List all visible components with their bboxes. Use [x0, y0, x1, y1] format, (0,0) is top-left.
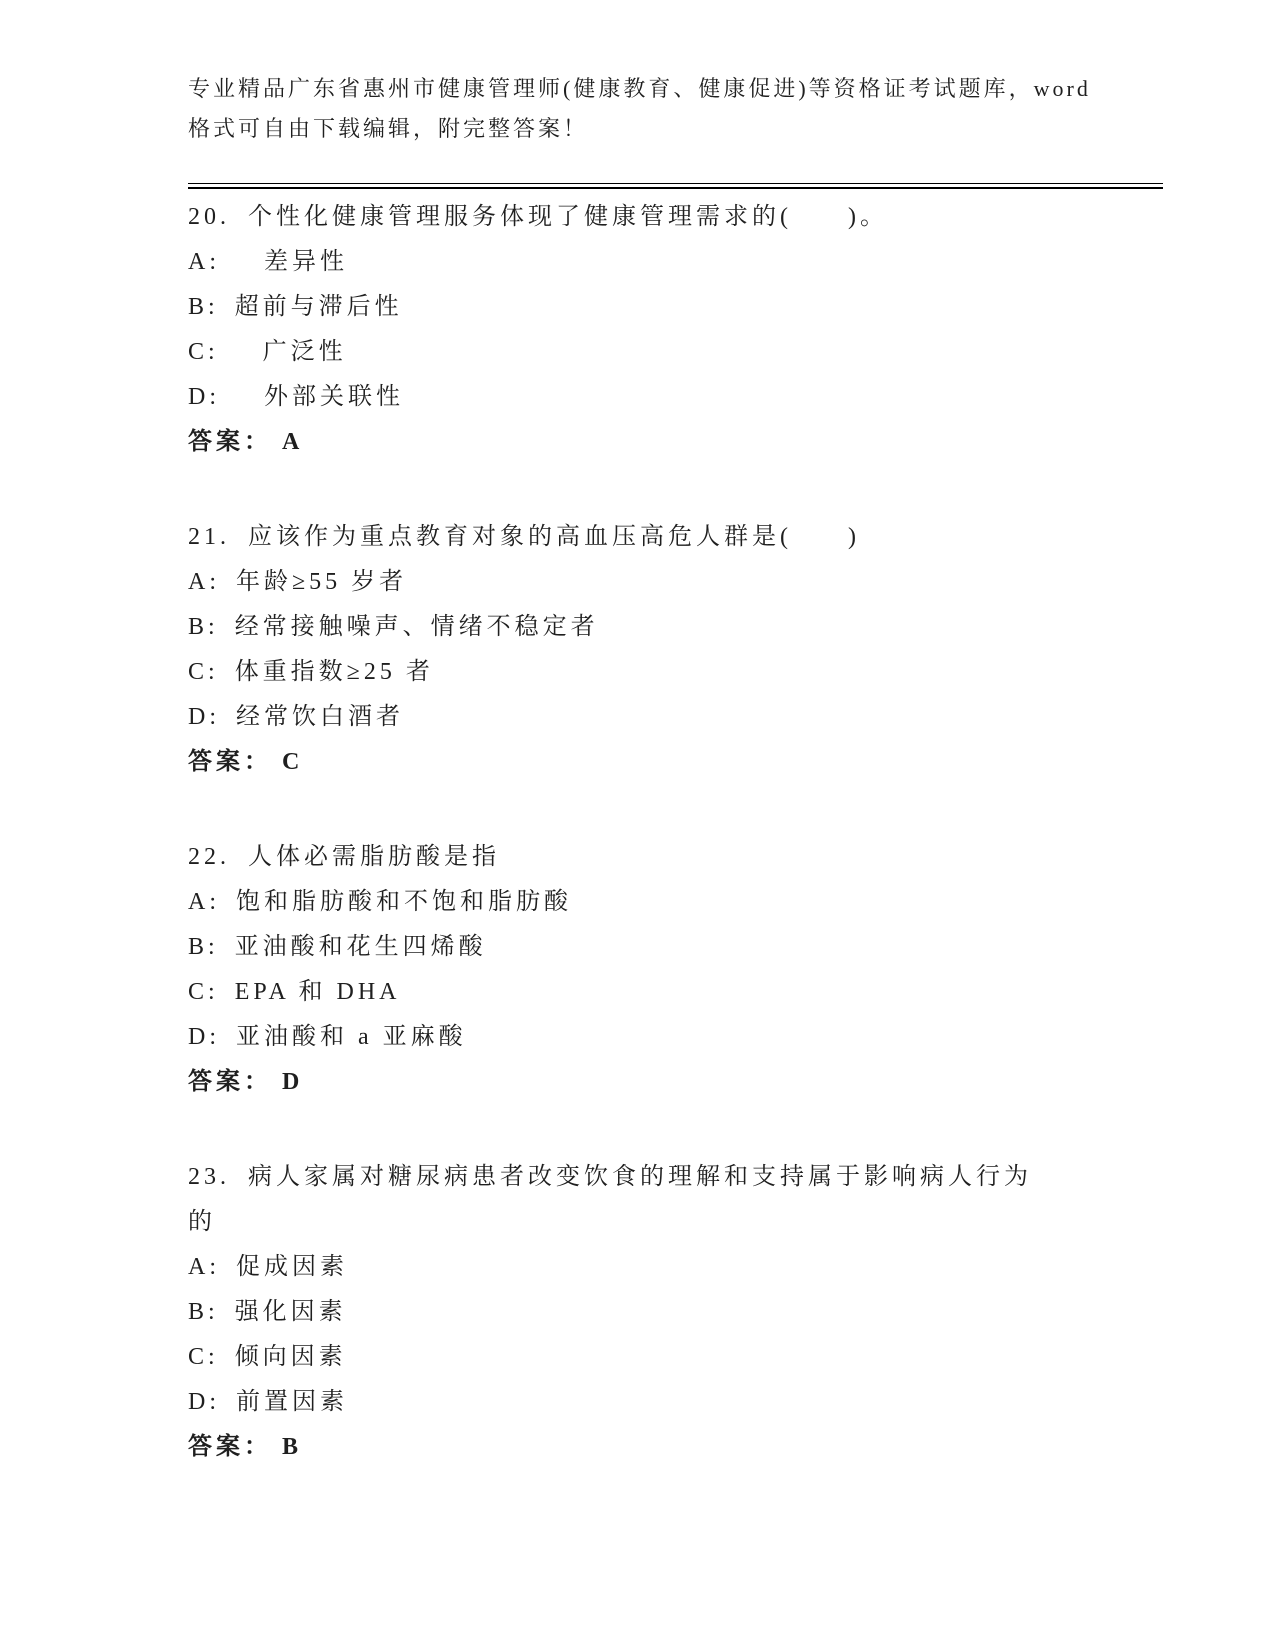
question-text: 个性化健康管理服务体现了健康管理需求的( )。	[248, 204, 888, 230]
option-text: 外部关联性	[236, 384, 404, 410]
option-row: B:亚油酸和花生四烯酸	[188, 925, 1163, 970]
document-header: 专业精品广东省惠州市健康管理师(健康教育、健康促进)等资格证考试题库，word …	[188, 69, 1163, 149]
question-number: 21.	[188, 524, 230, 550]
question-text-continued: 的	[188, 1200, 1163, 1245]
option-row: D:亚油酸和 a 亚麻酸	[188, 1015, 1163, 1060]
answer-value: B	[282, 1434, 302, 1460]
answer-value: C	[282, 749, 303, 775]
header-divider-rule	[188, 183, 1163, 189]
option-row: C:EPA 和 DHA	[188, 970, 1163, 1015]
option-label: A:	[188, 889, 220, 915]
option-text: 超前与滞后性	[235, 294, 403, 320]
option-label: B:	[188, 294, 219, 320]
question-block: 21.应该作为重点教育对象的高血压高危人群是( )A:年龄≥55 岁者B:经常接…	[188, 515, 1163, 785]
answer-label: 答案：	[188, 1434, 272, 1460]
option-row: C: 广泛性	[188, 330, 1163, 375]
question-list: 20.个性化健康管理服务体现了健康管理需求的( )。A: 差异性B:超前与滞后性…	[188, 195, 1163, 1470]
question-line: 20.个性化健康管理服务体现了健康管理需求的( )。	[188, 195, 1163, 240]
option-label: D:	[188, 1389, 220, 1415]
option-label: C:	[188, 339, 219, 365]
answer-label: 答案：	[188, 749, 272, 775]
option-row: B:超前与滞后性	[188, 285, 1163, 330]
option-text: 亚油酸和 a 亚麻酸	[236, 1024, 467, 1050]
option-label: A:	[188, 1254, 220, 1280]
option-label: B:	[188, 1299, 219, 1325]
question-number: 23.	[188, 1164, 230, 1190]
option-label: C:	[188, 1344, 219, 1370]
option-row: C:体重指数≥25 者	[188, 650, 1163, 695]
option-label: C:	[188, 979, 219, 1005]
question-line: 21.应该作为重点教育对象的高血压高危人群是( )	[188, 515, 1163, 560]
answer-value: A	[282, 429, 303, 455]
question-line: 22.人体必需脂肪酸是指	[188, 835, 1163, 880]
answer-label: 答案：	[188, 1069, 272, 1095]
question-text: 病人家属对糖尿病患者改变饮食的理解和支持属于影响病人行为	[248, 1164, 1032, 1190]
option-label: D:	[188, 1024, 220, 1050]
option-row: A:饱和脂肪酸和不饱和脂肪酸	[188, 880, 1163, 925]
question-block: 20.个性化健康管理服务体现了健康管理需求的( )。A: 差异性B:超前与滞后性…	[188, 195, 1163, 465]
option-text: 差异性	[236, 249, 348, 275]
answer-row: 答案：A	[188, 420, 1163, 465]
option-text: 倾向因素	[235, 1344, 347, 1370]
option-text: 亚油酸和花生四烯酸	[235, 934, 487, 960]
option-row: D:经常饮白酒者	[188, 695, 1163, 740]
question-block: 23.病人家属对糖尿病患者改变饮食的理解和支持属于影响病人行为的A:促成因素B:…	[188, 1155, 1163, 1470]
answer-row: 答案：B	[188, 1425, 1163, 1470]
option-label: A:	[188, 249, 220, 275]
answer-value: D	[282, 1069, 303, 1095]
answer-row: 答案：D	[188, 1060, 1163, 1105]
option-text: 广泛性	[235, 339, 347, 365]
option-text: 年龄≥55 岁者	[236, 569, 407, 595]
option-row: D: 外部关联性	[188, 375, 1163, 420]
option-text: 经常饮白酒者	[236, 704, 404, 730]
option-text: 饱和脂肪酸和不饱和脂肪酸	[236, 889, 572, 915]
option-row: B:强化因素	[188, 1290, 1163, 1335]
option-row: A:促成因素	[188, 1245, 1163, 1290]
option-row: D:前置因素	[188, 1380, 1163, 1425]
answer-label: 答案：	[188, 429, 272, 455]
option-text: 促成因素	[236, 1254, 348, 1280]
option-row: A:年龄≥55 岁者	[188, 560, 1163, 605]
question-block: 22.人体必需脂肪酸是指A:饱和脂肪酸和不饱和脂肪酸B:亚油酸和花生四烯酸C:E…	[188, 835, 1163, 1105]
option-row: C:倾向因素	[188, 1335, 1163, 1380]
question-number: 22.	[188, 844, 230, 870]
document-page: 专业精品广东省惠州市健康管理师(健康教育、健康促进)等资格证考试题库，word …	[0, 0, 1275, 1650]
option-text: EPA 和 DHA	[235, 979, 401, 1005]
question-text: 人体必需脂肪酸是指	[248, 844, 500, 870]
option-row: B:经常接触噪声、情绪不稳定者	[188, 605, 1163, 650]
option-label: D:	[188, 384, 220, 410]
option-label: B:	[188, 614, 219, 640]
question-number: 20.	[188, 204, 230, 230]
question-text: 应该作为重点教育对象的高血压高危人群是( )	[248, 524, 860, 550]
question-line: 23.病人家属对糖尿病患者改变饮食的理解和支持属于影响病人行为	[188, 1155, 1163, 1200]
option-text: 强化因素	[235, 1299, 347, 1325]
header-line-2: 格式可自由下载编辑，附完整答案！	[188, 109, 1163, 149]
answer-row: 答案：C	[188, 740, 1163, 785]
option-text: 体重指数≥25 者	[235, 659, 434, 685]
header-line-1: 专业精品广东省惠州市健康管理师(健康教育、健康促进)等资格证考试题库，word	[188, 69, 1163, 109]
option-row: A: 差异性	[188, 240, 1163, 285]
option-label: A:	[188, 569, 220, 595]
option-label: C:	[188, 659, 219, 685]
option-text: 经常接触噪声、情绪不稳定者	[235, 614, 599, 640]
option-text: 前置因素	[236, 1389, 348, 1415]
option-label: B:	[188, 934, 219, 960]
option-label: D:	[188, 704, 220, 730]
